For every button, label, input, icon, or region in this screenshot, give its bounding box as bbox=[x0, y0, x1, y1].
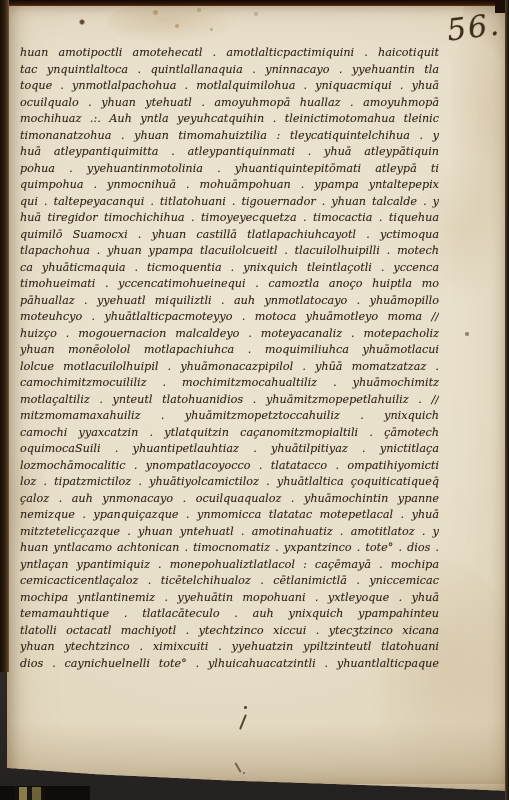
manuscript-line: mitzmomamaxahuiliz . yhuāmitzmopetztocca… bbox=[20, 408, 439, 425]
manuscript-page: 56. huan amotipoctli amotehecatl . amotl… bbox=[7, 4, 507, 794]
manuscript-line: huā atleypantiquimitta . atleypantiquinm… bbox=[20, 144, 439, 161]
manuscript-line: yhuan monēololol motlapachiuhca . moquim… bbox=[20, 342, 439, 359]
manuscript-line: oquimocaSuili . yhuantipetlauhtiaz . yhu… bbox=[20, 441, 439, 458]
book-edge-right bbox=[505, 0, 509, 800]
manuscript-line: timonanatzohua . yhuan timomahuiztilia :… bbox=[20, 128, 439, 145]
manuscript-line: quimpohua . ynmocnihuā . mohuāmpohuan . … bbox=[20, 177, 439, 194]
manuscript-line: tlapachohua . yhuan ypampa tlacuilolcuei… bbox=[20, 243, 439, 260]
stain-dot bbox=[197, 8, 201, 12]
stain-dot bbox=[465, 332, 469, 336]
fore-edge-ribbon bbox=[15, 787, 45, 800]
manuscript-line: ocuilqualo . yhuan ytehuatl . amoyuhmopā… bbox=[20, 95, 439, 112]
ink-mark-slash bbox=[239, 714, 247, 730]
manuscript-line: ca yhuāticmaquia . ticmoquentia . ynixqu… bbox=[20, 260, 439, 277]
manuscript-line: yhuan ytechtzinco . ximixcuiti . yyehuat… bbox=[20, 639, 439, 656]
book-shadow-bottom-left bbox=[0, 786, 90, 800]
manuscript-line: huan yntlacamo achtonican . timocnomatiz… bbox=[20, 540, 439, 557]
manuscript-line: mochipa yntlantinemiz . yyehuātin mopohu… bbox=[20, 590, 439, 607]
ink-mark-dot bbox=[243, 772, 245, 774]
manuscript-line: pāhuallaz . yyehuatl miquiliztli . auh y… bbox=[20, 293, 439, 310]
manuscript-line: tlatolli octacatl machiyotl . ytechtzinc… bbox=[20, 623, 439, 640]
manuscript-line: mitztetelicçazque . yhuan yntehuatl . am… bbox=[20, 524, 439, 541]
manuscript-line: temamauhtique . tlatlacāteculo . auh yni… bbox=[20, 606, 439, 623]
manuscript-line: lolcue motlacuilolhuipil . yhuāmonacazpi… bbox=[20, 359, 439, 376]
manuscript-line: quimilō Suamocxi . yhuan castillā tlatla… bbox=[20, 227, 439, 244]
stain-top-cluster bbox=[107, 0, 247, 44]
manuscript-line: toque . ynmotlalpachohua . motlalquimilo… bbox=[20, 78, 439, 95]
manuscript-line: camochi yyaxcatzin . ytlatquitzin caçano… bbox=[20, 425, 439, 442]
manuscript-line: cemicacticentlaçaloz . ticētelchihualoz … bbox=[20, 573, 439, 590]
manuscript-line: qui . taltepeyacanqui . titlatohuani . t… bbox=[20, 194, 439, 211]
manuscript-line: moteuhcyo . yhuātlalticpacmoteyyo . moto… bbox=[20, 309, 439, 326]
manuscript-line: huizço . mogouernacion malcaldeyo . mote… bbox=[20, 326, 439, 343]
book-spine-left bbox=[0, 0, 9, 672]
manuscript-line: lozmochāmocalitic . ynompatlacoyocco . t… bbox=[20, 458, 439, 475]
manuscript-line: çaloz . auh ynmonacayo . ocuilquaqualoz … bbox=[20, 491, 439, 508]
manuscript-line: loz . tipatzmictiloz . yhuātiyolcamictil… bbox=[20, 474, 439, 491]
manuscript-line: yntlaçan ypantimiquiz . monepohualiztlat… bbox=[20, 557, 439, 574]
stain-dot bbox=[254, 12, 258, 16]
manuscript-line: motlaçaltiliz . ynteutl tlatohuanidios .… bbox=[20, 392, 439, 409]
manuscript-line: dios . caynichuelnelli tote° . ylhuicahu… bbox=[20, 656, 439, 673]
manuscript-line: mochihuaz .:. Auh yntla yeyuhcatquihin .… bbox=[20, 111, 439, 128]
manuscript-line: camochimitzmocuililiz . mochimitzmocahua… bbox=[20, 375, 439, 392]
stain-dot bbox=[153, 10, 158, 15]
manuscript-photo: 56. huan amotipoctli amotehecatl . amotl… bbox=[0, 0, 509, 800]
ink-mark-lower bbox=[234, 762, 241, 773]
stain-dot bbox=[210, 28, 213, 31]
stain-right-top bbox=[445, 24, 509, 244]
stain-dot bbox=[175, 24, 179, 28]
book-edge-top bbox=[0, 0, 509, 6]
manuscript-line: nemizque . ypanquiçazque . ynmomicca tla… bbox=[20, 507, 439, 524]
manuscript-line: timohueimati . yccencatimohueinequi . ca… bbox=[20, 276, 439, 293]
stain-dot bbox=[79, 19, 85, 25]
manuscript-line: tac ynquintlaltoca . quintlallanaquia . … bbox=[20, 62, 439, 79]
manuscript-line: pohua . yyehuantinmotolinia . yhuantiqui… bbox=[20, 161, 439, 178]
stain-bottom-band bbox=[7, 722, 507, 784]
manuscript-line: huan amotipoctli amotehecatl . amotlalti… bbox=[20, 45, 439, 62]
ink-mark-dot bbox=[244, 706, 247, 709]
manuscript-text-block: huan amotipoctli amotehecatl . amotlalti… bbox=[20, 45, 439, 672]
manuscript-line: huā tiregidor timochichihua . timoyeyecq… bbox=[20, 210, 439, 227]
